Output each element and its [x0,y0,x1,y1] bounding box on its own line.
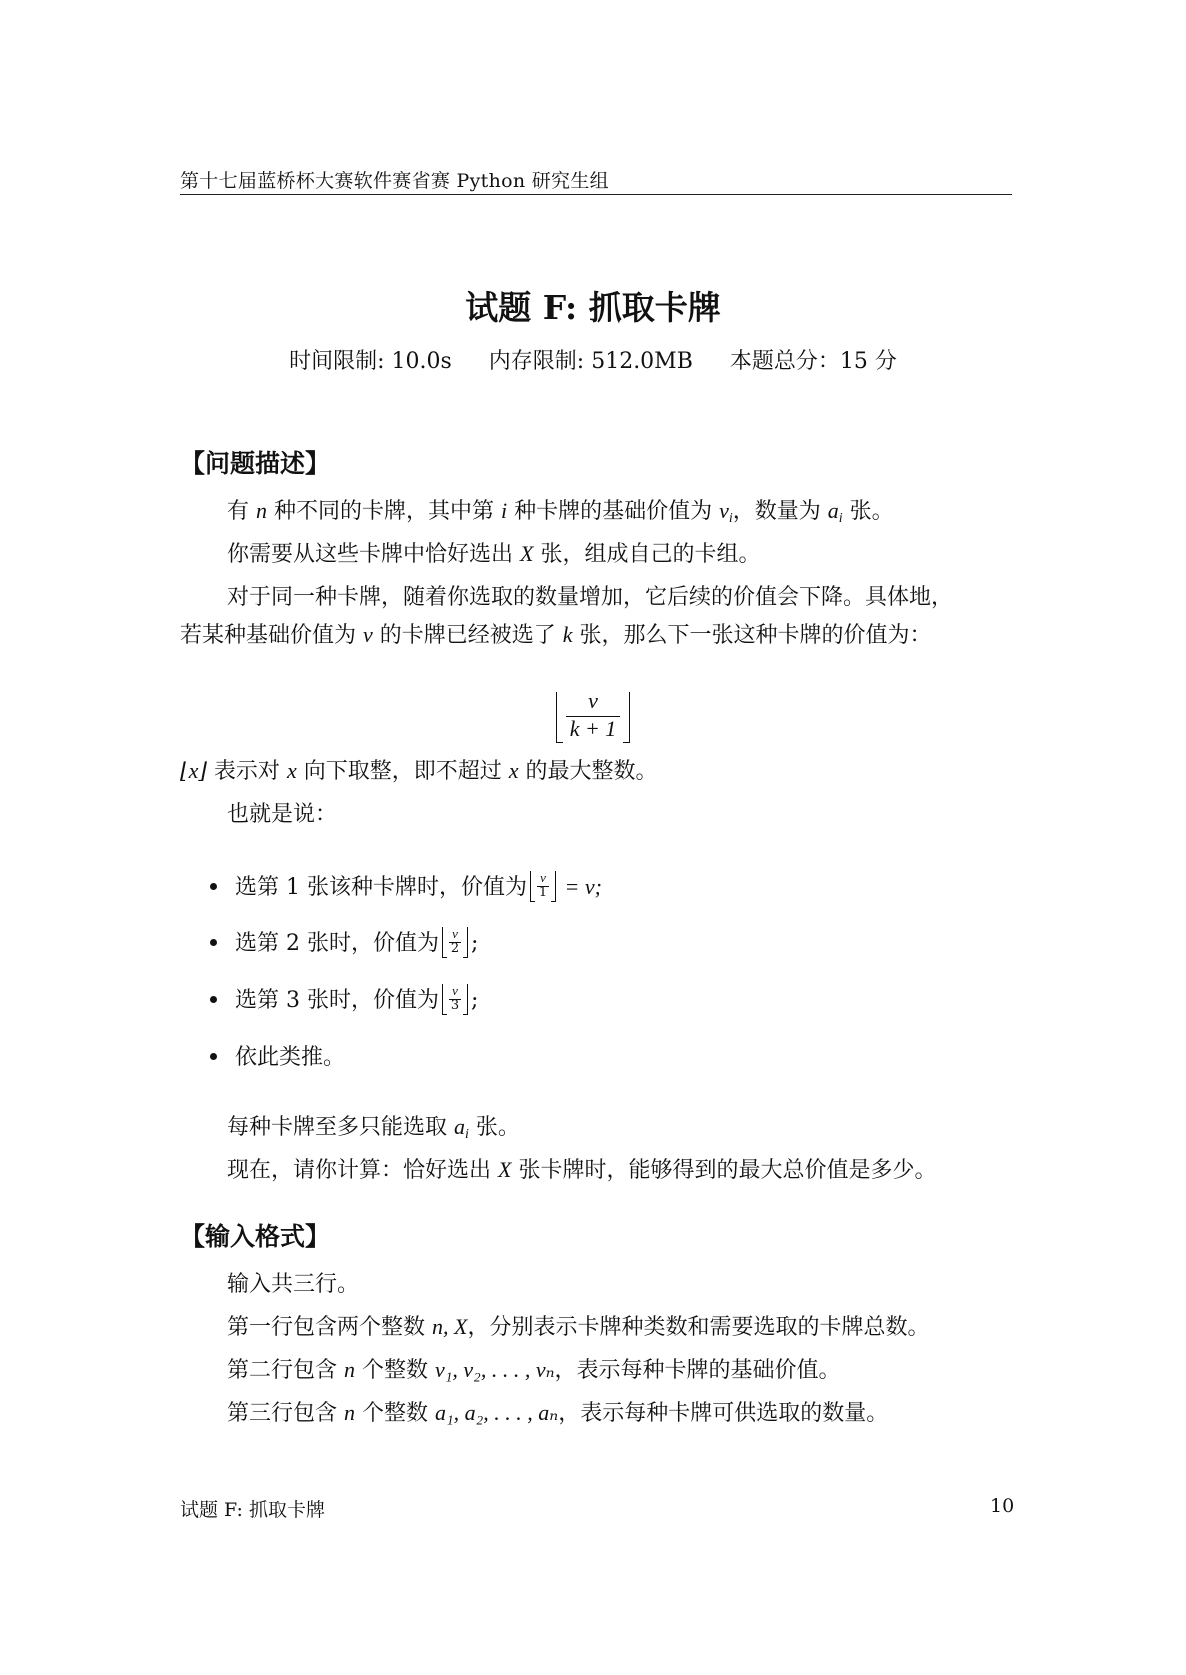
floor-fraction: v3 [442,984,468,1016]
paragraph: 输入共三行。 [227,1267,359,1298]
floor-fraction: v2 [442,927,468,959]
paragraph: 每种卡牌至多只能选取 ai 张。 [227,1110,520,1143]
problem-title: 试题 F: 抓取卡牌 [0,282,1186,329]
header-rule [180,194,1012,195]
paragraph: 你需要从这些卡牌中恰好选出 X 张，组成自己的卡组。 [227,537,760,568]
paragraph: 有 n 种不同的卡牌，其中第 i 种卡牌的基础价值为 vi，数量为 ai 张。 [227,494,894,527]
page-number: 10 [990,1495,1014,1517]
bullet-icon [210,996,217,1003]
memory-limit: 内存限制: 512.0MB [489,349,693,374]
paragraph: 对于同一种卡牌，随着你选取的数量增加，它后续的价值会下降。具体地， [227,580,953,611]
floor-left-bracket [556,692,563,743]
running-header: 第十七届蓝桥杯大赛软件赛省赛 Python 研究生组 [180,166,609,193]
list-item: 选第 2 张时，价值为v2; [210,926,478,959]
paragraph: 若某种基础价值为 v 的卡牌已经被选了 k 张，那么下一张这种卡牌的价值为： [180,618,932,649]
bullet-icon [210,883,217,890]
list-item: 选第 3 张时，价值为v3; [210,983,478,1016]
paragraph: 第三行包含 n 个整数 a₁, a₂, . . . , aₙ，表示每种卡牌可供选… [227,1396,888,1427]
list-item: 选第 1 张该种卡牌时，价值为v1 = v; [210,870,602,903]
section-heading-description: 【问题描述】 [180,444,330,480]
section-heading-input: 【输入格式】 [180,1217,330,1253]
limits-line: 时间限制: 10.0s 内存限制: 512.0MB 本题总分：15 分 [0,344,1186,375]
paragraph: 第一行包含两个整数 n, X，分别表示卡牌种类数和需要选取的卡牌总数。 [227,1310,929,1341]
bullet-icon [210,939,217,946]
floor-right-bracket [623,692,630,743]
time-limit: 时间限制: 10.0s [289,349,452,374]
floor-formula: v k + 1 [556,692,630,746]
paragraph: ⌊x⌋ 表示对 x 向下取整，即不超过 x 的最大整数。 [180,754,657,785]
paragraph: 现在，请你计算：恰好选出 X 张卡牌时，能够得到的最大总价值是多少。 [227,1153,936,1184]
bullet-icon [210,1053,217,1060]
list-item: 依此类推。 [210,1040,345,1071]
total-score: 本题总分：15 分 [730,349,897,374]
paragraph: 第二行包含 n 个整数 v₁, v₂, . . . , vₙ，表示每种卡牌的基础… [227,1353,841,1384]
paragraph: 也就是说： [227,797,337,828]
running-footer: 试题 F: 抓取卡牌 [180,1495,325,1522]
floor-fraction: v1 [530,871,556,903]
